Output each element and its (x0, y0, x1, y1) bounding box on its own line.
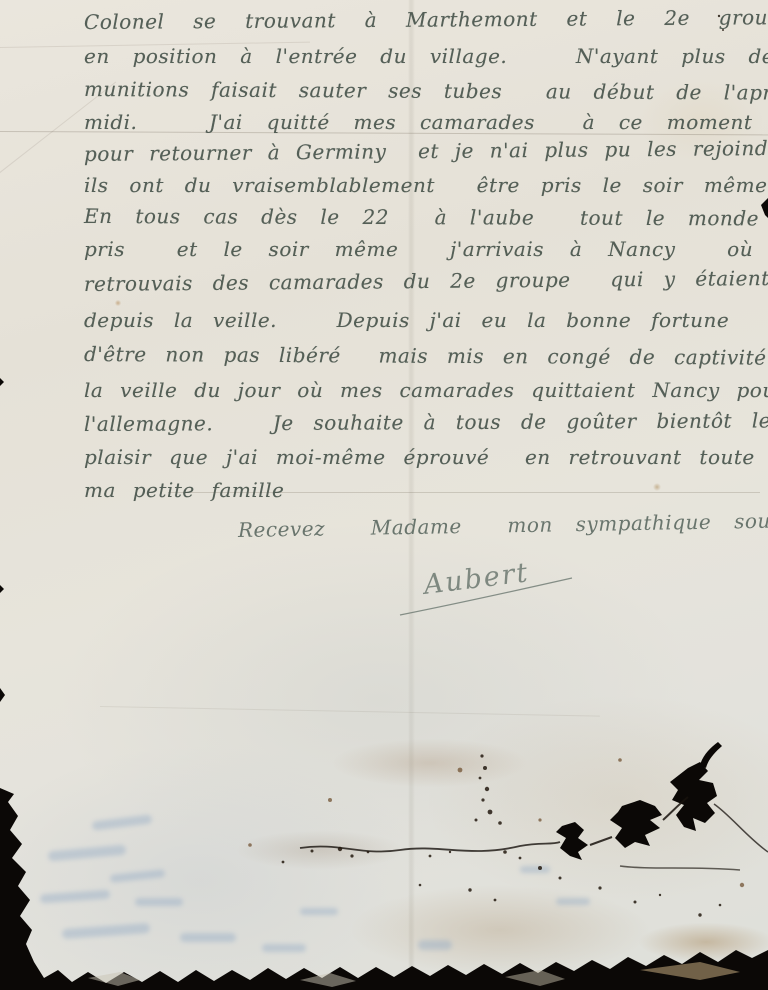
letter-body: Colonel se trouvant à Marthemont et le 2… (0, 0, 768, 990)
letter-line: ils ont du vraisemblablement être pris l… (84, 173, 767, 197)
closing-line: Recevez Madame mon sympathique souvenir (238, 508, 768, 542)
letter-line: pris et le soir même j'arrivais à Nancy … (84, 237, 768, 261)
photograph-of-letter: Colonel se trouvant à Marthemont et le 2… (0, 0, 768, 990)
letter-line: l'allemagne. Je souhaite à tous de goûte… (84, 408, 768, 436)
letter-line: retrouvais des camarades du 2e groupe qu… (84, 266, 768, 296)
letter-line: munitions faisait sauter ses tubes au dé… (84, 77, 768, 105)
letter-line: ma petite famille (84, 478, 284, 502)
letter-line: d'être non pas libéré mais mis en congé … (84, 342, 767, 370)
letter-line: Colonel se trouvant à Marthemont et le 2… (84, 5, 768, 34)
letter-line: depuis la veille. Depuis j'ai eu la bonn… (84, 308, 729, 332)
letter-line: en position à l'entrée du village. N'aya… (84, 44, 768, 68)
letter-line: midi. J'ai quitté mes camarades à ce mom… (84, 110, 768, 134)
letter-line: la veille du jour où mes camarades quitt… (84, 378, 768, 402)
signature: Aubert (422, 557, 531, 601)
letter-line: En tous cas dès le 22 à l'aube tout le m… (84, 204, 768, 231)
letter-line: pour retourner à Germiny et je n'ai plus… (84, 136, 768, 166)
letter-line: plaisir que j'ai moi-même éprouvé en ret… (84, 445, 755, 469)
